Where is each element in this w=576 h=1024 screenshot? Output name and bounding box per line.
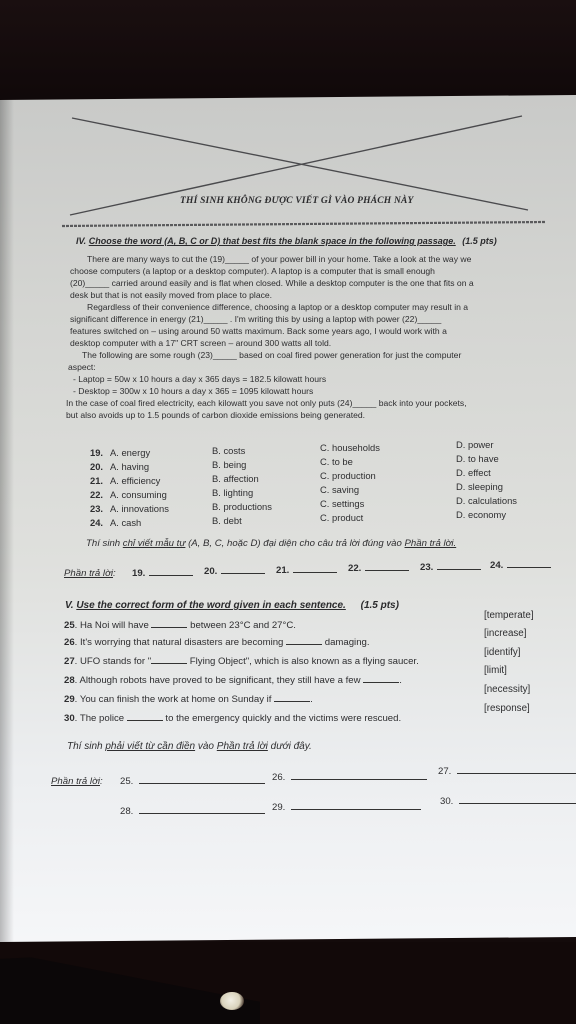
passage-line: (20)_____ carried around easily and is f… bbox=[70, 278, 474, 288]
item-text-before: . UFO stands for " bbox=[75, 656, 151, 667]
answer-number: 24. bbox=[490, 560, 503, 571]
question-number: 22. bbox=[90, 489, 103, 500]
question-number: 20. bbox=[90, 461, 103, 472]
option-d[interactable]: D. effect bbox=[456, 467, 491, 478]
answer-number: 25. bbox=[120, 776, 133, 787]
option-d[interactable]: D. sleeping bbox=[456, 481, 503, 492]
passage-line: In the case of coal fired electricity, e… bbox=[66, 398, 467, 408]
option-b[interactable]: B. lighting bbox=[212, 487, 253, 498]
item-blank[interactable] bbox=[363, 682, 399, 683]
answer-blank[interactable] bbox=[457, 773, 576, 774]
answer-number: 19. bbox=[132, 568, 145, 579]
passage-line: desktop computer with a 17" CRT screen –… bbox=[70, 338, 331, 348]
item-text-after: between 23°C and 27°C. bbox=[187, 620, 295, 631]
word-hint: [necessity] bbox=[484, 684, 530, 695]
item-28: 28. Although robots have proved to be si… bbox=[64, 675, 402, 686]
question-number: 21. bbox=[90, 475, 103, 486]
word-hint: [temperate] bbox=[484, 610, 534, 621]
answer-slot-23[interactable]: 23. bbox=[420, 562, 481, 573]
answer-number: 23. bbox=[420, 562, 433, 573]
passage-line: - Laptop = 50w x 10 hours a day x 365 da… bbox=[73, 374, 326, 384]
answer-blank[interactable] bbox=[437, 569, 481, 570]
item-26: 26. It's worrying that natural disasters… bbox=[64, 637, 370, 648]
section-5-heading: V. Use the correct form of the word give… bbox=[65, 600, 399, 611]
question-number: 19. bbox=[90, 447, 103, 458]
item-text-before: . The police bbox=[75, 713, 127, 724]
word-hint: [response] bbox=[484, 703, 530, 714]
answer-label: Phần trả lời: bbox=[51, 776, 103, 787]
word-hint: [limit] bbox=[484, 665, 507, 676]
answer-blank[interactable] bbox=[149, 575, 193, 576]
section-5-title: Use the correct form of the word given i… bbox=[76, 600, 346, 611]
option-b[interactable]: B. affection bbox=[212, 473, 259, 484]
passage-line: but also avoids up to 1.5 pounds of carb… bbox=[66, 410, 365, 420]
item-text-before: . Although robots have proved to be sign… bbox=[75, 675, 364, 686]
item-text-before: . You can finish the work at home on Sun… bbox=[75, 694, 274, 705]
option-a[interactable]: A. efficiency bbox=[110, 475, 160, 486]
passage-line: features switched on – using around 50 w… bbox=[70, 326, 447, 336]
item-number: 28 bbox=[64, 675, 75, 686]
item-blank[interactable] bbox=[127, 720, 163, 721]
item-blank[interactable] bbox=[151, 663, 187, 664]
item-30: 30. The police to the emergency quickly … bbox=[64, 713, 401, 724]
section-4-instruction: Thí sinh chỉ viết mẫu tự (A, B, C, hoặc … bbox=[86, 538, 456, 549]
option-b[interactable]: B. debt bbox=[212, 515, 242, 526]
option-d[interactable]: D. to have bbox=[456, 453, 499, 464]
answer-number: 20. bbox=[204, 566, 217, 577]
answer-slot-21[interactable]: 21. bbox=[276, 565, 337, 576]
item-text-after: to the emergency quickly and the victims… bbox=[163, 713, 401, 724]
answer-slot-28[interactable]: 28. bbox=[120, 806, 265, 817]
item-text-before: . Ha Noi will have bbox=[75, 620, 152, 631]
answer-slot-19[interactable]: 19. bbox=[132, 568, 193, 579]
answer-number: 22. bbox=[348, 563, 361, 574]
answer-blank[interactable] bbox=[293, 572, 337, 573]
item-number: 29 bbox=[64, 694, 75, 705]
answer-blank[interactable] bbox=[459, 803, 576, 804]
section-5-instruction: Thí sinh phải viết từ cần điền vào Phần … bbox=[67, 741, 312, 752]
item-number: 26 bbox=[64, 637, 75, 648]
word-hint: [identify] bbox=[484, 647, 521, 658]
item-number: 25 bbox=[64, 620, 75, 631]
option-c[interactable]: C. to be bbox=[320, 456, 353, 467]
option-d[interactable]: D. power bbox=[456, 439, 494, 450]
answer-slot-25[interactable]: 25. bbox=[120, 776, 265, 787]
answer-number: 29. bbox=[272, 802, 285, 813]
option-c[interactable]: C. saving bbox=[320, 484, 359, 495]
question-number: 23. bbox=[90, 503, 103, 514]
passage-line: desk but that is not easily moved from p… bbox=[70, 290, 272, 300]
answer-number: 26. bbox=[272, 772, 285, 783]
section-4-heading: IV. Choose the word (A, B, C or D) that … bbox=[76, 236, 497, 246]
answer-blank[interactable] bbox=[291, 779, 427, 780]
option-c[interactable]: C. product bbox=[320, 512, 363, 523]
passage-line: There are many ways to cut the (19)_____… bbox=[87, 254, 471, 264]
option-a[interactable]: A. consuming bbox=[110, 489, 167, 500]
word-hint: [increase] bbox=[484, 628, 526, 639]
answer-slot-27[interactable]: 27. bbox=[438, 766, 576, 777]
option-b[interactable]: B. productions bbox=[212, 501, 272, 512]
answer-slot-24[interactable]: 24. bbox=[490, 560, 551, 571]
option-a[interactable]: A. energy bbox=[110, 447, 150, 458]
answer-blank[interactable] bbox=[139, 783, 265, 784]
banner-no-writing: THÍ SINH KHÔNG ĐƯỢC VIẾT GÌ VÀO PHÁCH NÀ… bbox=[180, 196, 414, 206]
passage-line: choose computers (a laptop or a desktop … bbox=[70, 266, 435, 276]
passage-line: - Desktop = 300w x 10 hours a day x 365 … bbox=[73, 386, 313, 396]
answer-blank[interactable] bbox=[365, 570, 409, 571]
answer-slot-29[interactable]: 29. bbox=[272, 802, 421, 813]
answer-number: 27. bbox=[438, 766, 451, 777]
passage-line: aspect: bbox=[68, 362, 96, 372]
answer-blank[interactable] bbox=[291, 809, 421, 810]
passage-line: significant difference in energy (21)___… bbox=[70, 314, 441, 324]
answer-blank[interactable] bbox=[507, 567, 551, 568]
answer-blank[interactable] bbox=[139, 813, 265, 814]
option-c[interactable]: C. households bbox=[320, 442, 380, 453]
answer-number: 21. bbox=[276, 565, 289, 576]
item-text-after: Flying Object", which is also known as a… bbox=[187, 656, 419, 667]
answer-number: 28. bbox=[120, 806, 133, 817]
section-4-points: (1.5 pts) bbox=[462, 236, 497, 246]
item-text-after: . bbox=[310, 694, 313, 705]
passage-line: The following are some rough (23)_____ b… bbox=[82, 350, 461, 360]
item-number: 27 bbox=[64, 656, 75, 667]
answer-blank[interactable] bbox=[221, 573, 265, 574]
section-5-points: (1.5 pts) bbox=[361, 600, 399, 611]
item-blank[interactable] bbox=[151, 627, 187, 628]
option-a[interactable]: A. cash bbox=[110, 517, 141, 528]
item-25: 25. Ha Noi will have between 23°C and 27… bbox=[64, 620, 296, 631]
option-d[interactable]: D. calculations bbox=[456, 495, 517, 506]
item-text-after: damaging. bbox=[322, 637, 369, 648]
option-b[interactable]: B. being bbox=[212, 459, 246, 470]
item-number: 30 bbox=[64, 713, 75, 724]
item-text-before: . It's worrying that natural disasters a… bbox=[75, 637, 286, 648]
item-text-after: . bbox=[399, 675, 402, 686]
section-4-title: Choose the word (A, B, C or D) that best… bbox=[89, 236, 456, 246]
option-a[interactable]: A. innovations bbox=[110, 503, 169, 514]
option-d[interactable]: D. economy bbox=[456, 509, 506, 520]
answer-label: Phần trả lời: bbox=[64, 568, 116, 579]
item-29: 29. You can finish the work at home on S… bbox=[64, 694, 313, 705]
option-c[interactable]: C. production bbox=[320, 470, 376, 481]
option-a[interactable]: A. having bbox=[110, 461, 149, 472]
passage-line: Regardless of their convenience differen… bbox=[87, 302, 468, 312]
answer-number: 30. bbox=[440, 796, 453, 807]
answer-slot-20[interactable]: 20. bbox=[204, 566, 265, 577]
question-number: 24. bbox=[90, 517, 103, 528]
answer-slot-26[interactable]: 26. bbox=[272, 772, 427, 783]
item-27: 27. UFO stands for " Flying Object", whi… bbox=[64, 656, 419, 667]
option-b[interactable]: B. costs bbox=[212, 445, 245, 456]
item-blank[interactable] bbox=[274, 701, 310, 702]
answer-slot-30[interactable]: 30. bbox=[440, 796, 576, 807]
option-c[interactable]: C. settings bbox=[320, 498, 364, 509]
answer-slot-22[interactable]: 22. bbox=[348, 563, 409, 574]
item-blank[interactable] bbox=[286, 644, 322, 645]
